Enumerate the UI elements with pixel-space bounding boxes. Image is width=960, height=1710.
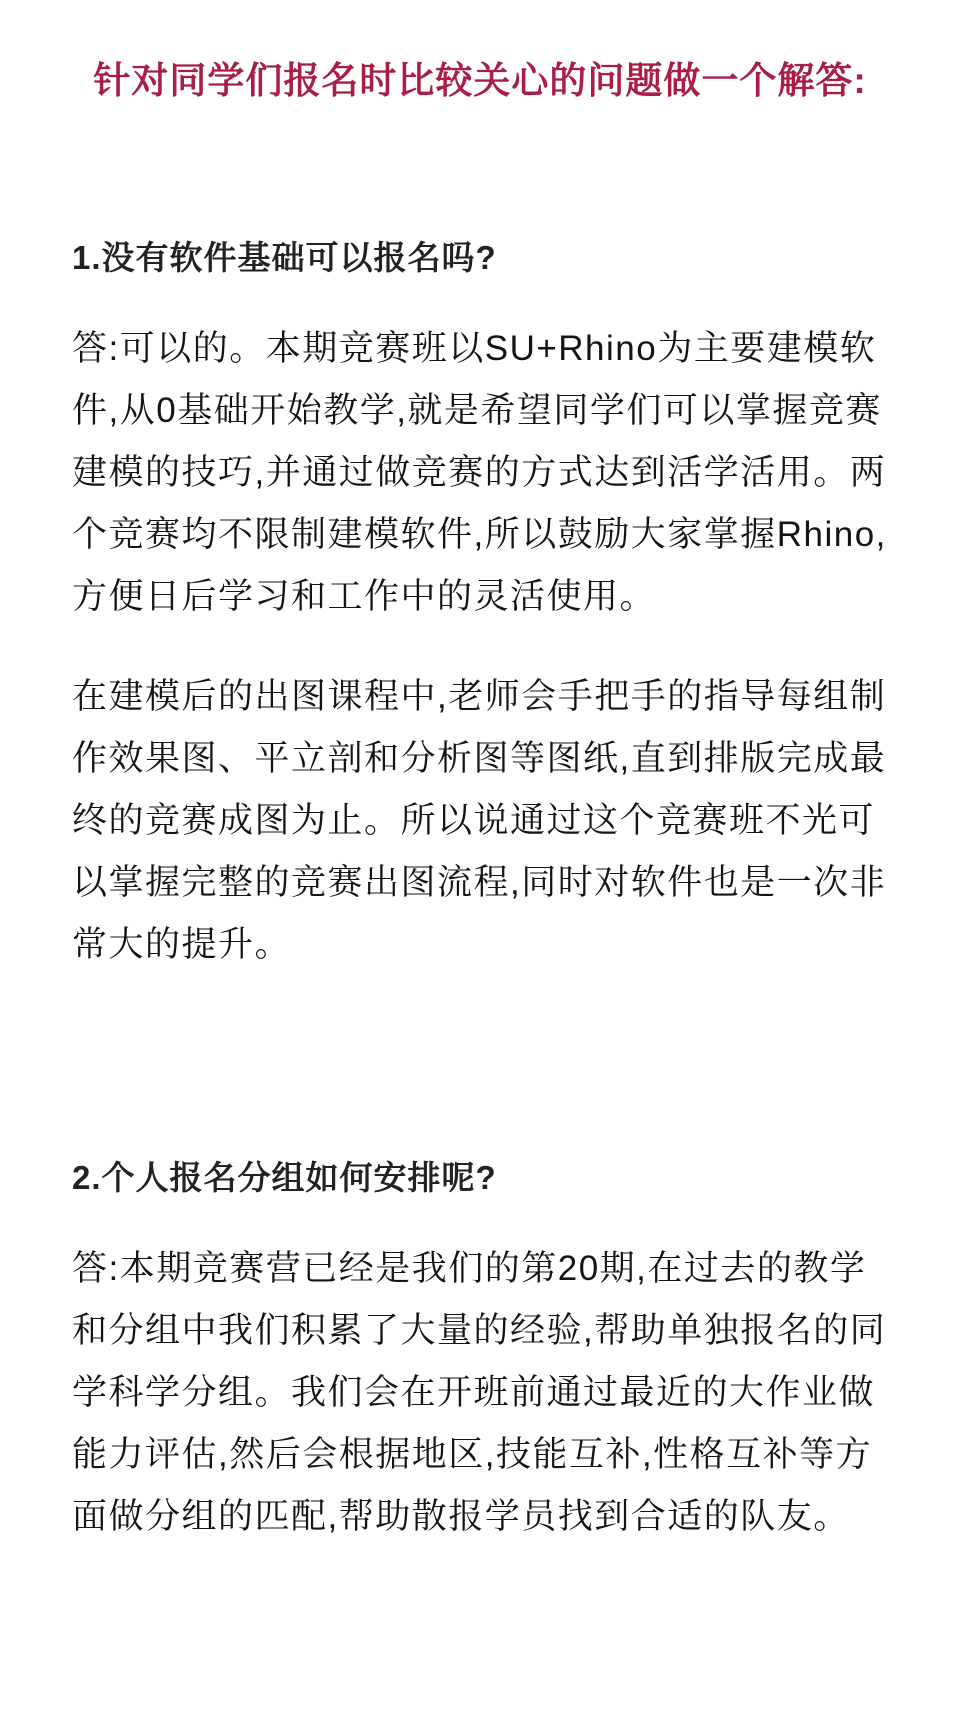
faq-section-1: 1.没有软件基础可以报名吗? 答:可以的。本期竞赛班以SU+Rhino为主要建模… [72,236,888,976]
faq-article-page: 针对同学们报名时比较关心的问题做一个解答: 1.没有软件基础可以报名吗? 答:可… [0,0,960,1710]
faq-answer-2-paragraph-1: 答:本期竞赛营已经是我们的第20期,在过去的教学和分组中我们积累了大量的经验,帮… [72,1238,888,1548]
faq-question-2: 2.个人报名分组如何安排呢? [72,1156,888,1200]
faq-answer-1-paragraph-2: 在建模后的出图课程中,老师会手把手的指导每组制作效果图、平立剖和分析图等图纸,直… [72,666,888,976]
faq-question-1: 1.没有软件基础可以报名吗? [72,236,888,280]
faq-answer-1-paragraph-1: 答:可以的。本期竞赛班以SU+Rhino为主要建模软件,从0基础开始教学,就是希… [72,318,888,628]
faq-section-2: 2.个人报名分组如何安排呢? 答:本期竞赛营已经是我们的第20期,在过去的教学和… [72,1156,888,1548]
page-title: 针对同学们报名时比较关心的问题做一个解答: [72,58,888,104]
